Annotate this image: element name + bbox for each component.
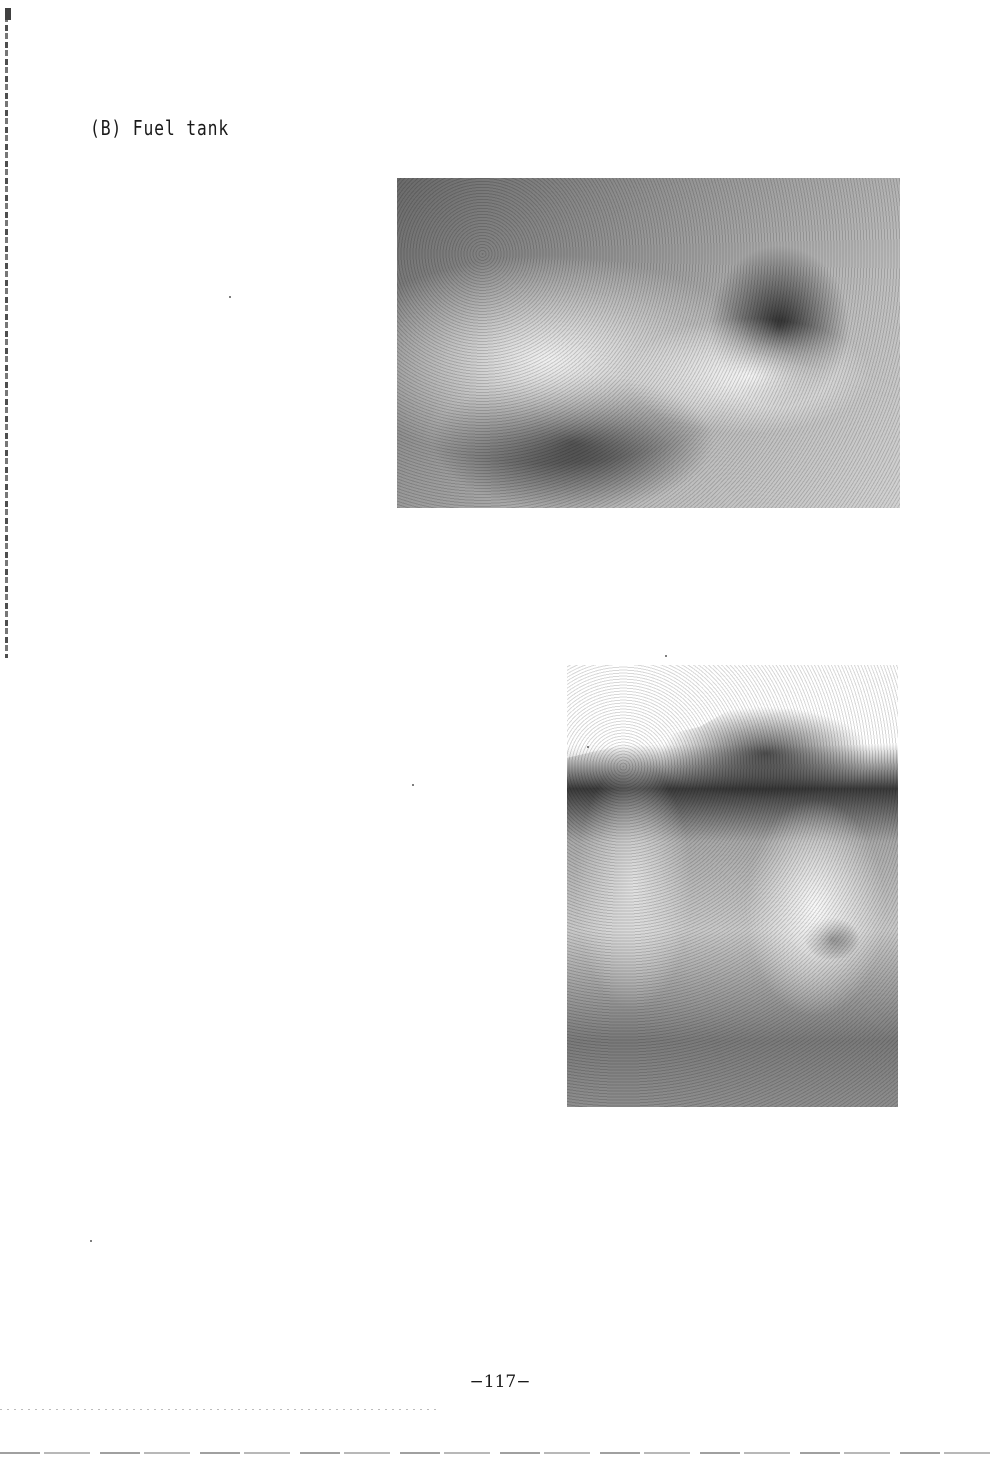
figure-photo-1 bbox=[397, 178, 900, 508]
scan-speck bbox=[587, 746, 589, 748]
document-page: (B) Fuel tank −117− bbox=[0, 0, 1000, 1460]
scan-speck bbox=[90, 1240, 92, 1242]
scan-speck bbox=[229, 296, 231, 298]
figure-photo-2 bbox=[567, 665, 898, 1107]
section-heading: (B) Fuel tank bbox=[90, 116, 229, 140]
page-number: −117− bbox=[0, 1372, 1000, 1392]
scan-edge-artifact bbox=[0, 1452, 1000, 1454]
scan-noise-artifact bbox=[0, 1409, 440, 1410]
halftone-grain bbox=[567, 665, 898, 1107]
scan-edge-artifact bbox=[5, 8, 8, 658]
scan-speck bbox=[665, 655, 667, 657]
halftone-grain bbox=[397, 178, 900, 508]
scan-speck bbox=[412, 784, 414, 786]
